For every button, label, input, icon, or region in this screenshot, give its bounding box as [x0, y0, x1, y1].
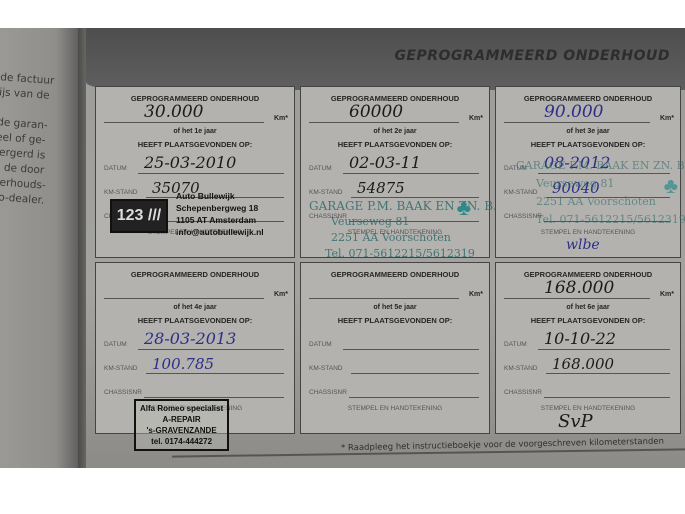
card-heeft: HEEFT PLAATSGEVONDEN OP:: [96, 316, 294, 325]
stamp-line: A-REPAIR: [140, 414, 223, 425]
km-line: [309, 298, 459, 299]
datum-line: [343, 349, 479, 350]
km-stand-label: KM-STAND: [309, 189, 342, 196]
stamp-line: 2251 AA Voorschoten: [331, 231, 451, 244]
datum-label: DATUM: [309, 341, 332, 348]
datum-line: [138, 173, 284, 174]
maintenance-booklet-photo: de factuur ijs van de de garan- eel of g…: [0, 28, 685, 468]
card-heeft: HEEFT PLAATSGEVONDEN OP:: [96, 140, 294, 149]
stamp-line: Auto Bullewijk: [176, 191, 235, 201]
maintenance-card: GEPROGRAMMEERD ONDERHOUD Km* of het 6e j…: [495, 262, 681, 434]
stamp-line: Tel. 071-5612215/5612319: [536, 213, 685, 226]
km-unit: Km*: [469, 115, 483, 122]
handwritten-km-stand: 100.785: [152, 355, 214, 373]
handwritten-km: 168.000: [544, 278, 614, 298]
stamp-line: GARAGE P.M. BAAK EN ZN. B.V: [309, 199, 506, 213]
handwritten-datum: 28-03-2013: [144, 329, 236, 348]
handwritten-km: 30.000: [144, 102, 203, 122]
stempel-label: STEMPEL EN HANDTEKENING: [301, 405, 489, 412]
datum-line: [138, 349, 284, 350]
chassisnr-line: [144, 397, 284, 398]
card-heeft: HEEFT PLAATSGEVONDEN OP:: [496, 316, 680, 325]
stamp-line: 's-GRAVENZANDE: [140, 425, 223, 436]
stamp-line: 1105 AT Amsterdam: [176, 215, 256, 225]
stamp-line: Veurseweg 81: [331, 215, 409, 228]
maintenance-card: GEPROGRAMMEERD ONDERHOUD Km* of het 3e j…: [495, 86, 681, 258]
stamp-line: GARAGE P.M. BAAK EN ZN. B.V: [516, 159, 685, 172]
header-band: GEPROGRAMMEERD ONDERHOUD: [86, 28, 685, 90]
datum-label: DATUM: [309, 165, 332, 172]
km-stand-label: KM-STAND: [504, 365, 537, 372]
left-page-text: de factuur ijs van de de garan- eel of g…: [0, 70, 55, 208]
km-stand-line: [351, 373, 479, 374]
stempel-label: STEMPEL EN HANDTEKENING: [496, 229, 680, 236]
signature: wlbe: [566, 237, 600, 253]
maintenance-card: GEPROGRAMMEERD ONDERHOUD Km* of het 2e j…: [300, 86, 490, 258]
km-line: [504, 298, 650, 299]
card-heeft: HEEFT PLAATSGEVONDEN OP:: [301, 316, 489, 325]
handwritten-km-stand: 168.000: [552, 355, 614, 373]
garage-logo: 123 ///: [110, 199, 168, 233]
maintenance-card: GEPROGRAMMEERD ONDERHOUD Km* of het 4e j…: [95, 262, 295, 434]
stamp-line: Alfa Romeo specialist: [140, 403, 223, 414]
left-page: de factuur ijs van de de garan- eel of g…: [0, 28, 80, 468]
card-year: of het 3e jaar: [496, 128, 680, 135]
km-line: [104, 298, 264, 299]
clover-icon: ♣: [457, 195, 471, 221]
km-unit: Km*: [660, 115, 674, 122]
card-title: GEPROGRAMMEERD ONDERHOUD: [96, 270, 294, 279]
km-stand-label: KM-STAND: [104, 365, 137, 372]
handwritten-datum: 10-10-22: [544, 329, 616, 348]
km-unit: Km*: [469, 291, 483, 298]
datum-label: DATUM: [104, 165, 127, 172]
chassisnr-label: CHASSISNR: [504, 389, 542, 396]
card-heeft: HEEFT PLAATSGEVONDEN OP:: [301, 140, 489, 149]
maintenance-card: GEPROGRAMMEERD ONDERHOUD Km* of het 5e j…: [300, 262, 490, 434]
datum-line: [538, 349, 670, 350]
signature: SvP: [558, 411, 593, 432]
datum-label: DATUM: [504, 341, 527, 348]
card-year: of het 4e jaar: [96, 304, 294, 311]
page-title: GEPROGRAMMEERD ONDERHOUD: [394, 48, 670, 64]
km-stand-line: [146, 373, 284, 374]
card-year: of het 2e jaar: [301, 128, 489, 135]
handwritten-km: 90.000: [544, 102, 603, 122]
card-year: of het 1e jaar: [96, 128, 294, 135]
km-line: [309, 122, 459, 123]
handwritten-datum: 02-03-11: [349, 153, 421, 172]
km-unit: Km*: [274, 115, 288, 122]
garage-stamp: Alfa Romeo specialistA-REPAIR's-GRAVENZA…: [134, 399, 229, 451]
chassisnr-label: CHASSISNR: [104, 389, 142, 396]
km-stand-line: [546, 373, 670, 374]
handwritten-km-stand: 54875: [357, 179, 405, 197]
card-title: GEPROGRAMMEERD ONDERHOUD: [301, 270, 489, 279]
stamp-line: info@autobullewijk.nl: [176, 227, 264, 237]
km-stand-label: KM-STAND: [309, 365, 342, 372]
handwritten-km: 60000: [349, 102, 403, 122]
km-unit: Km*: [274, 291, 288, 298]
km-stand-label: KM-STAND: [504, 189, 537, 196]
card-year: of het 5e jaar: [301, 304, 489, 311]
card-year: of het 6e jaar: [496, 304, 680, 311]
datum-line: [343, 173, 479, 174]
stamp-line: Schepenbergweg 18: [176, 203, 258, 213]
card-heeft: HEEFT PLAATSGEVONDEN OP:: [496, 140, 680, 149]
km-line: [504, 122, 650, 123]
maintenance-card: GEPROGRAMMEERD ONDERHOUD Km* of het 1e j…: [95, 86, 295, 258]
stamp-line: tel. 0174-444272: [140, 436, 223, 447]
handwritten-datum: 25-03-2010: [144, 153, 236, 172]
km-stand-label: KM-STAND: [104, 189, 137, 196]
datum-line: [538, 173, 670, 174]
datum-label: DATUM: [104, 341, 127, 348]
stamp-line: Veurseweg 81: [536, 177, 614, 190]
km-line: [104, 122, 264, 123]
chassisnr-line: [544, 397, 670, 398]
chassisnr-line: [349, 397, 479, 398]
right-page: GEPROGRAMMEERD ONDERHOUD GEPROGRAMMEERD …: [86, 28, 685, 468]
stamp-line: Tel. 071-5612215/5612319: [325, 247, 475, 260]
km-unit: Km*: [660, 291, 674, 298]
stamp-line: 2251 AA Voorschoten: [536, 195, 656, 208]
clover-icon: ♣: [664, 173, 678, 199]
chassisnr-label: CHASSISNR: [309, 389, 347, 396]
